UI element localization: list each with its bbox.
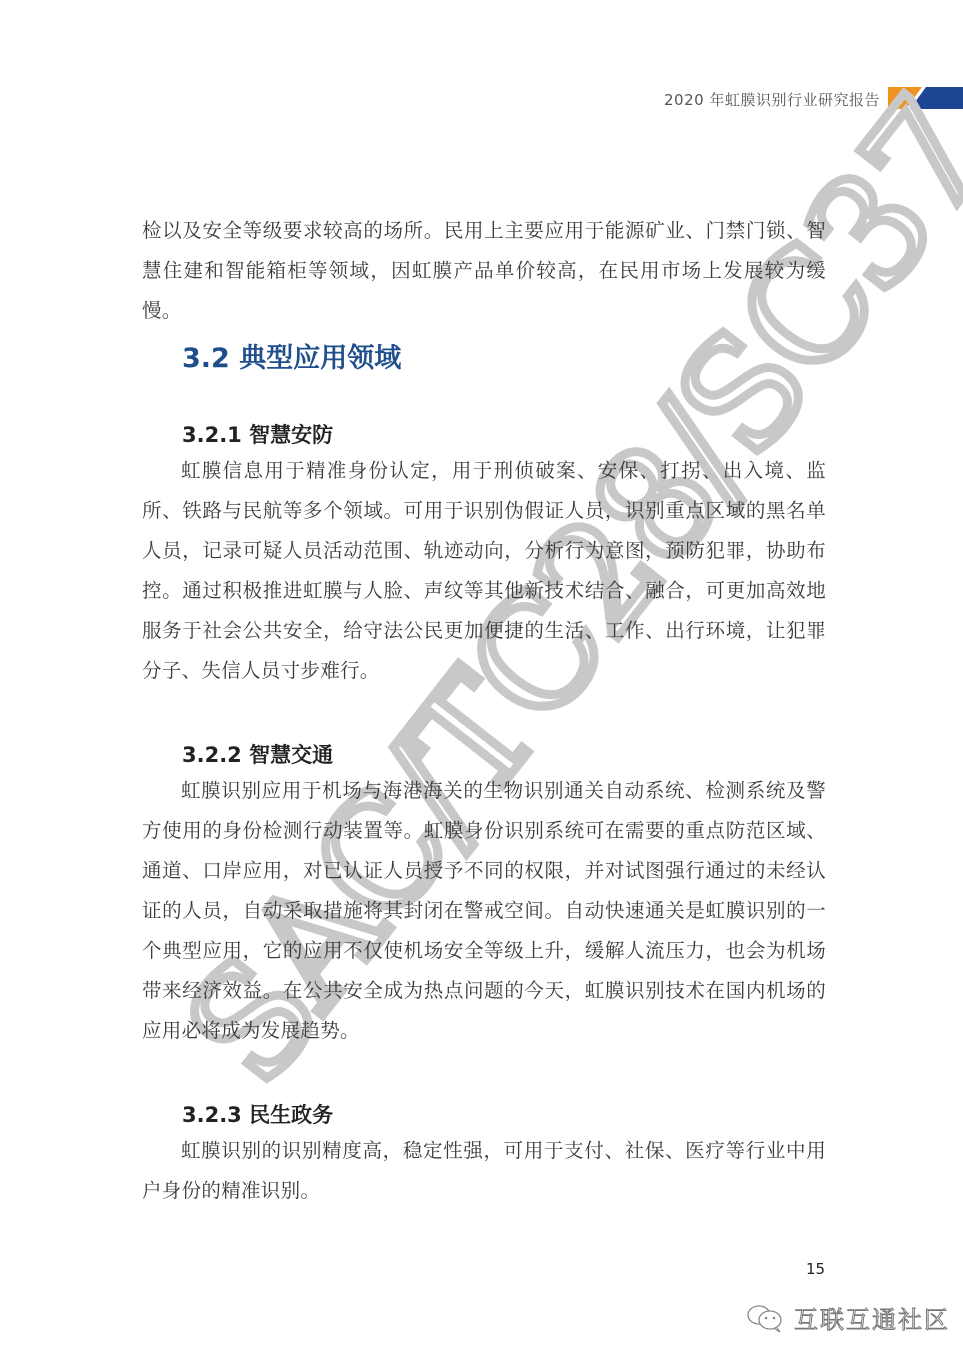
page-number: 15 xyxy=(806,1260,825,1278)
subsection-title-smart-transport: 3.2.2 智慧交通 xyxy=(182,739,333,769)
report-header-title: 2020 年虹膜识别行业研究报告 xyxy=(664,89,880,110)
subsection-body-smart-security: 虹膜信息用于精准身份认定，用于刑侦破案、安保、打拐、出入境、监所、铁路与民航等多… xyxy=(142,451,826,691)
subsection-body-civil-affairs: 虹膜识别的识别精度高，稳定性强，可用于支付、社保、医疗等行业中用户身份的精准识别… xyxy=(142,1131,826,1211)
wechat-account-badge: 互联互通社区 xyxy=(746,1300,950,1335)
subsection-title-civil-affairs: 3.2.3 民生政务 xyxy=(182,1099,333,1129)
section-title: 3.2 典型应用领域 xyxy=(182,336,401,375)
subsection-body-smart-transport: 虹膜识别应用于机场与海港海关的生物识别通关自动系统、检测系统及警方使用的身份检测… xyxy=(142,771,826,1051)
intro-paragraph: 检以及安全等级要求较高的场所。民用上主要应用于能源矿业、门禁门锁、智慧住建和智能… xyxy=(142,211,826,331)
header-accent-bar-icon xyxy=(886,87,963,109)
subsection-title-smart-security: 3.2.1 智慧安防 xyxy=(182,419,333,449)
wechat-icon xyxy=(746,1303,786,1333)
wechat-account-name: 互联互通社区 xyxy=(794,1300,950,1335)
